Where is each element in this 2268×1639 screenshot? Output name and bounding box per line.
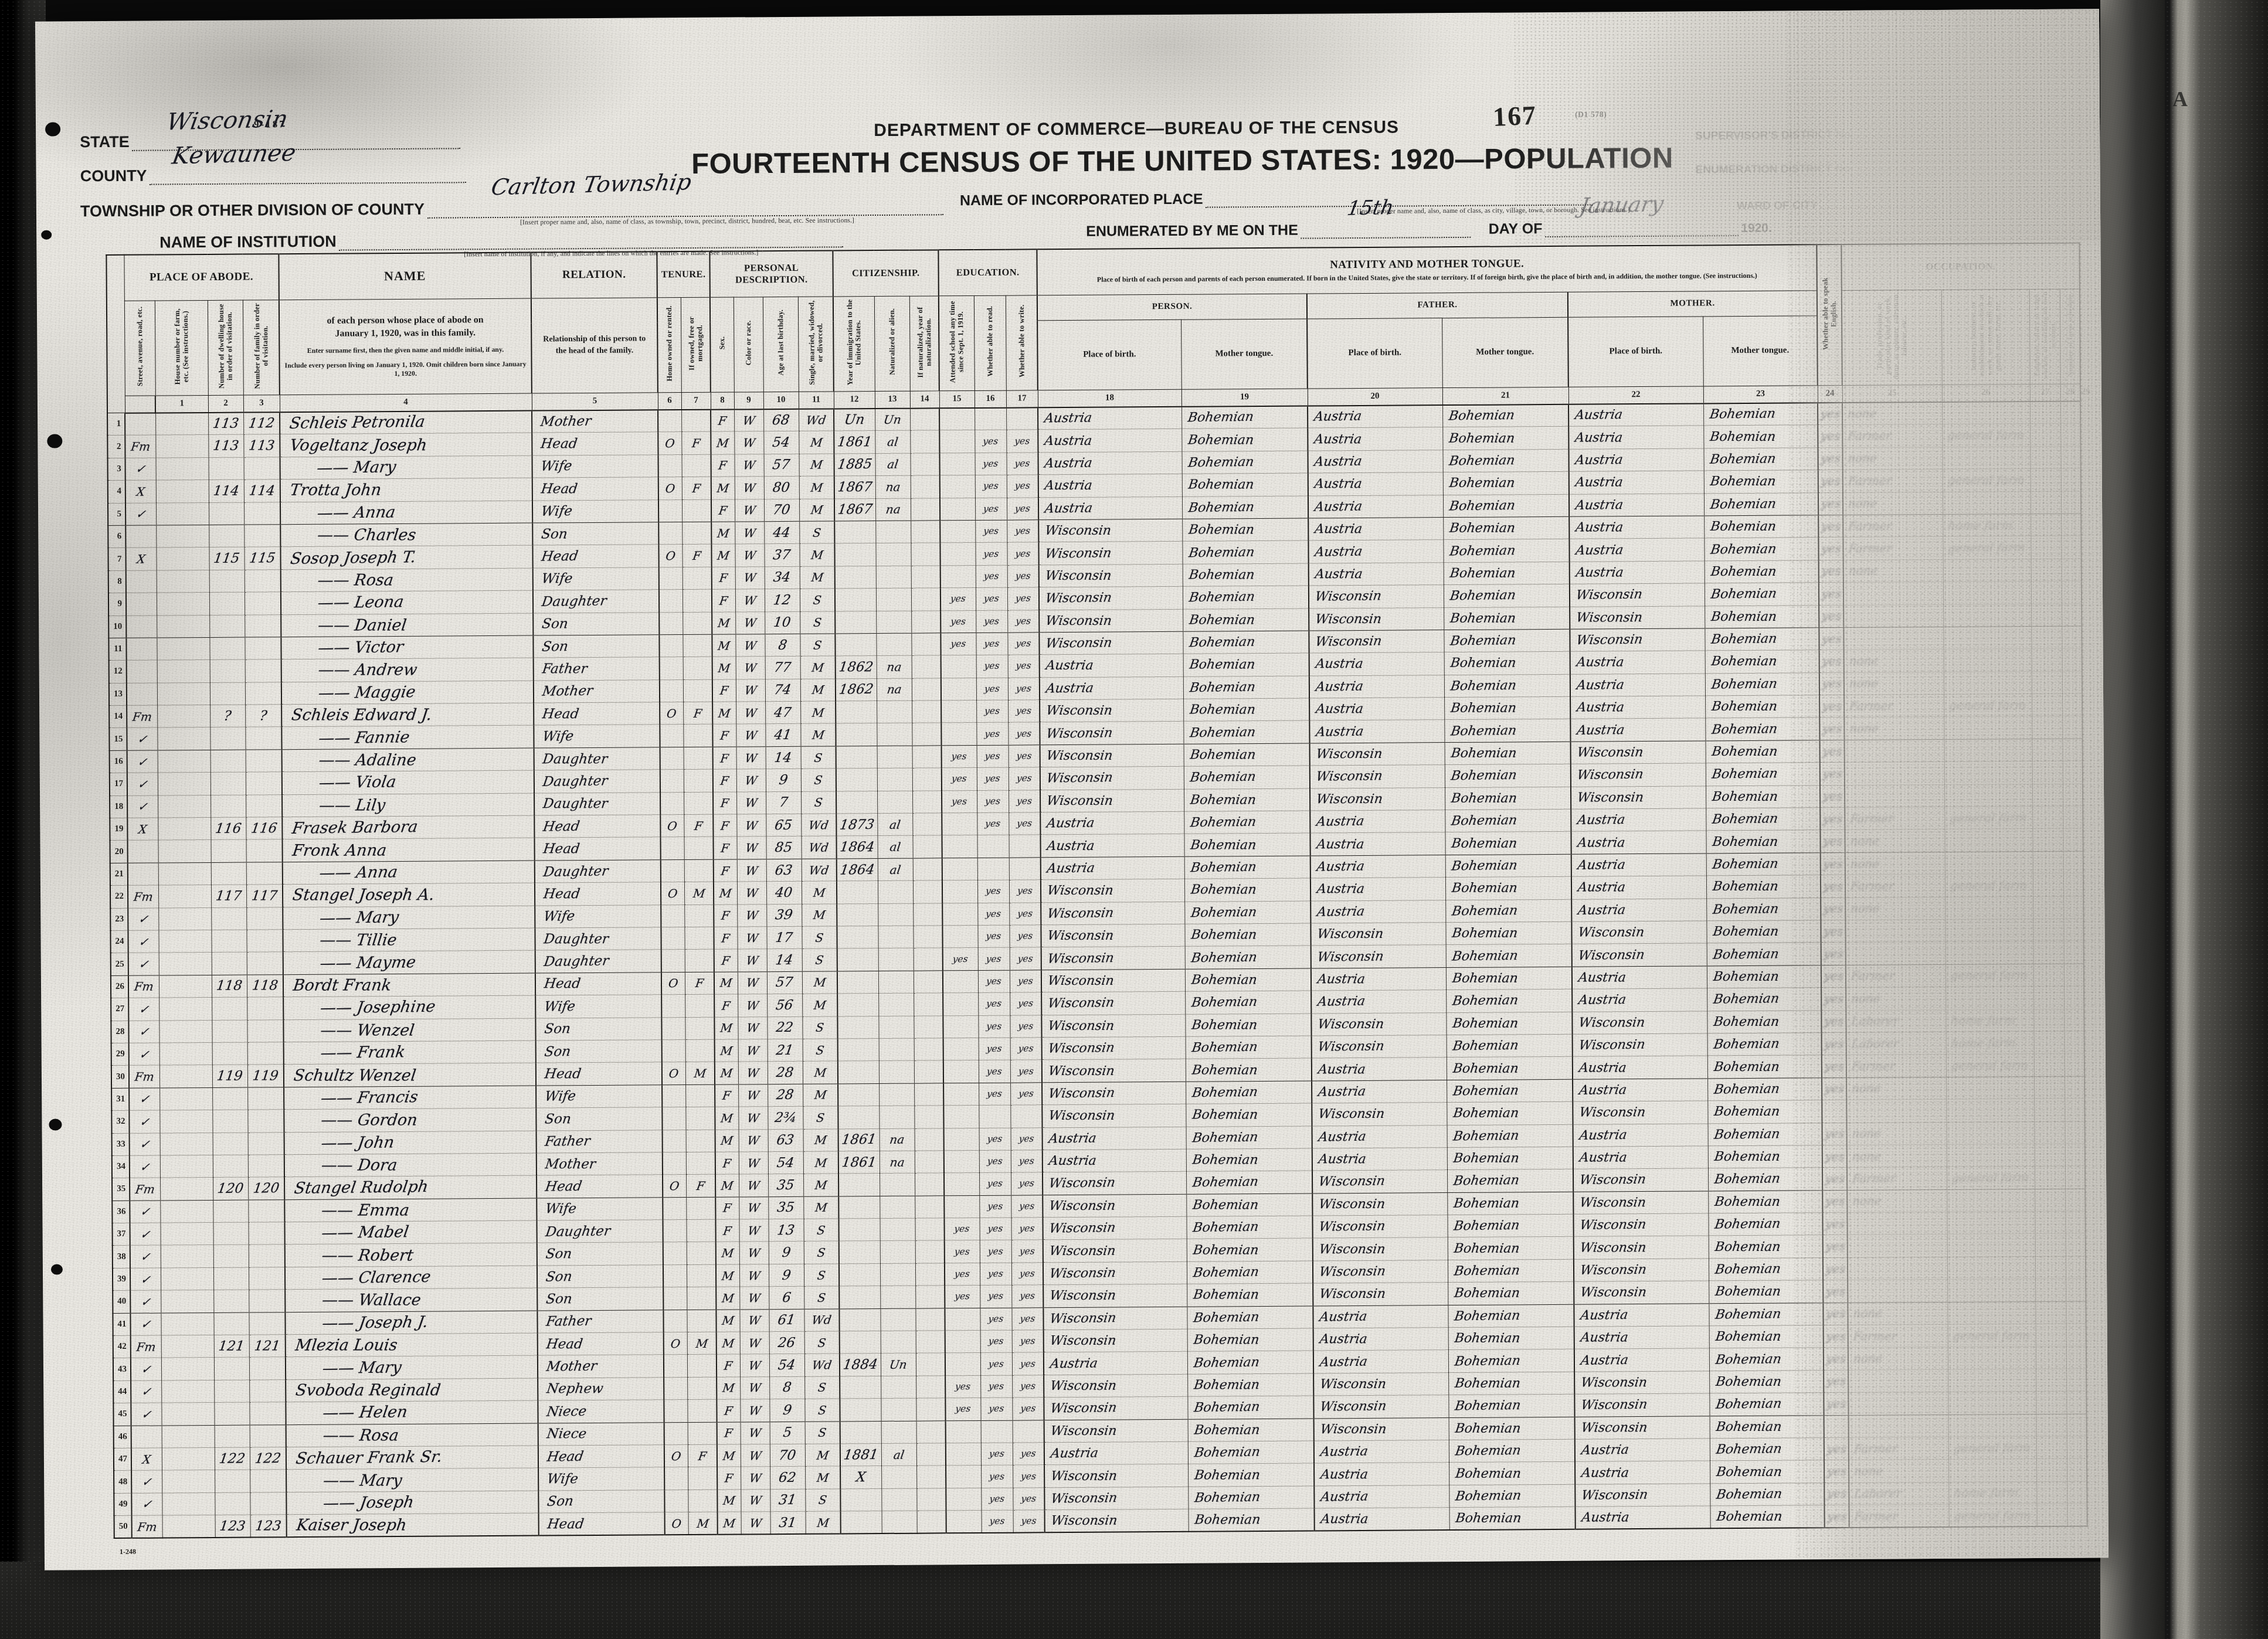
cell-pb: Wisconsin bbox=[1044, 1487, 1188, 1510]
cell-na bbox=[879, 1060, 914, 1083]
cell-mr: M bbox=[805, 1466, 840, 1489]
cell-mm: Bohemian bbox=[1707, 1033, 1822, 1056]
cell-mt: Bohemian bbox=[1183, 540, 1309, 564]
cell-cr: W bbox=[741, 1422, 770, 1444]
cell-mp: Wisconsin bbox=[1570, 583, 1705, 607]
cell-ny bbox=[914, 948, 943, 971]
cell-nm: Fronk Anna bbox=[283, 838, 535, 862]
cell-sc bbox=[941, 565, 976, 588]
cell-wr: yes bbox=[1011, 1285, 1043, 1308]
cell-ny bbox=[911, 453, 940, 476]
cell-fp: Wisconsin bbox=[1313, 1237, 1448, 1261]
cell-sc bbox=[943, 993, 978, 1016]
cell-h bbox=[159, 1020, 212, 1043]
cell-m bbox=[688, 1467, 717, 1490]
cell-d bbox=[213, 1290, 249, 1312]
cell-em bbox=[2032, 693, 2062, 716]
cell-mr: M bbox=[803, 1174, 838, 1196]
cell-m bbox=[683, 567, 712, 590]
cell-f bbox=[249, 1380, 286, 1403]
cell-in: general farm bbox=[1944, 807, 2032, 829]
cell-cr: W bbox=[738, 971, 767, 994]
cell-nm: —— Dora bbox=[284, 1153, 537, 1177]
cell-rd: yes bbox=[980, 1218, 1011, 1240]
cell-en: yes bbox=[1818, 470, 1843, 493]
cell-nm: —— Mary bbox=[283, 906, 535, 930]
cell-rl: Son bbox=[536, 1040, 662, 1063]
cell-mp: Wisconsin bbox=[1574, 1236, 1709, 1259]
cell-pb: Wisconsin bbox=[1039, 609, 1183, 633]
cell-mr: Wd bbox=[799, 409, 834, 431]
column-number: 17 bbox=[1006, 390, 1038, 407]
cell-wr: yes bbox=[1013, 1510, 1045, 1533]
cell-h bbox=[159, 1087, 212, 1110]
cell-h bbox=[158, 773, 210, 795]
cell-mt: Bohemian bbox=[1182, 473, 1308, 497]
cell-fp: Wisconsin bbox=[1310, 742, 1445, 766]
cell-sx: F bbox=[716, 1219, 739, 1242]
cell-na bbox=[881, 1376, 916, 1399]
cell-o bbox=[659, 567, 683, 590]
cell-in bbox=[1944, 671, 2032, 694]
cell-em bbox=[2037, 1504, 2067, 1526]
cell-sx: M bbox=[715, 1129, 739, 1152]
cell-ny bbox=[912, 678, 941, 701]
cell-im bbox=[837, 948, 878, 971]
cell-wr: yes bbox=[1008, 678, 1040, 701]
cell-mt: Bohemian bbox=[1183, 720, 1309, 744]
row-number: 27 bbox=[111, 998, 128, 1021]
cell-sx: M bbox=[712, 702, 736, 725]
cell-in bbox=[1948, 1301, 2036, 1324]
cell-mr: S bbox=[801, 791, 836, 814]
column-number: 24 bbox=[1818, 385, 1842, 403]
column-able-to-read: Whether able to read. bbox=[974, 295, 1006, 390]
cell-rl: Daughter bbox=[534, 747, 660, 771]
cell-mm: Bohemian bbox=[1708, 1190, 1822, 1213]
cell-sx: M bbox=[717, 1332, 740, 1355]
cell-na bbox=[876, 611, 911, 634]
cell-in bbox=[1948, 1369, 2036, 1392]
cell-wr: yes bbox=[1007, 542, 1039, 565]
cell-fm: Bohemian bbox=[1446, 989, 1572, 1012]
cell-mt: Bohemian bbox=[1186, 1058, 1312, 1082]
cell-rl: Wife bbox=[536, 1084, 662, 1108]
cell-in: general farm bbox=[1943, 536, 2031, 559]
cell-rl: Head bbox=[538, 1445, 664, 1468]
cell-en: yes bbox=[1821, 830, 1845, 853]
cell-cr: W bbox=[736, 791, 766, 814]
enumerated-month: January bbox=[1578, 192, 1665, 219]
cell-fm: Bohemian bbox=[1445, 742, 1571, 765]
cell-cr: W bbox=[735, 589, 765, 612]
cell-nm: —— Mary bbox=[286, 1468, 538, 1492]
cell-f bbox=[248, 1132, 284, 1155]
cell-m bbox=[684, 747, 713, 770]
cell-mr: M bbox=[803, 1128, 838, 1151]
cell-fa bbox=[2065, 1099, 2084, 1121]
row-number: 25 bbox=[111, 953, 128, 976]
cell-fm: Bohemian bbox=[1448, 1372, 1574, 1395]
cell-o bbox=[662, 1039, 685, 1062]
column-number: 27 bbox=[2030, 384, 2060, 402]
cell-ny bbox=[911, 566, 941, 589]
group-citizenship: CITIZENSHIP. bbox=[833, 250, 938, 296]
cell-ny bbox=[912, 746, 942, 769]
cell-ag: 21 bbox=[768, 1039, 803, 1062]
cell-mp: Austria bbox=[1570, 718, 1705, 742]
cell-sx: F bbox=[713, 814, 736, 837]
cell-pb: Wisconsin bbox=[1038, 519, 1182, 542]
cell-im bbox=[840, 1488, 881, 1511]
cell-rl: Mother bbox=[538, 1355, 664, 1378]
cell-fa bbox=[2066, 1256, 2086, 1279]
cell-in bbox=[1944, 716, 2032, 739]
column-number: 6 bbox=[658, 392, 681, 410]
cell-em bbox=[2034, 1099, 2065, 1121]
cell-fa bbox=[2066, 1278, 2086, 1301]
row-number: 10 bbox=[108, 616, 126, 638]
cell-wr: yes bbox=[1010, 1083, 1042, 1106]
column-number: 25 bbox=[1842, 385, 1942, 403]
cell-d bbox=[213, 1245, 249, 1268]
cell-em bbox=[2033, 986, 2064, 1009]
cell-im bbox=[837, 903, 878, 926]
cell-wr: yes bbox=[1010, 1038, 1042, 1060]
cell-sx: F bbox=[713, 792, 736, 815]
cell-em bbox=[2032, 716, 2062, 739]
cell-sc bbox=[943, 1083, 979, 1106]
cell-mr: M bbox=[800, 723, 836, 746]
cell-h bbox=[158, 750, 210, 773]
cell-mt: Bohemian bbox=[1185, 1014, 1311, 1037]
cell-o bbox=[661, 995, 685, 1018]
cell-en: yes bbox=[1824, 1482, 1849, 1505]
cell-ag: 22 bbox=[767, 1016, 802, 1039]
cell-em bbox=[2035, 1256, 2066, 1279]
cell-fp: Wisconsin bbox=[1312, 1035, 1447, 1059]
cell-mr: S bbox=[802, 1016, 837, 1039]
cell-sx: M bbox=[716, 1242, 739, 1264]
cell-rl: Son bbox=[532, 522, 658, 546]
cell-ag: 17 bbox=[766, 926, 802, 949]
cell-sc bbox=[943, 1106, 979, 1128]
cell-fa bbox=[2066, 1301, 2086, 1324]
cell-mr: S bbox=[805, 1422, 840, 1444]
mother-pob-header: Place of birth. bbox=[1568, 316, 1703, 386]
cell-ag: 9 bbox=[769, 1264, 804, 1287]
cell-rl: Son bbox=[533, 635, 659, 658]
cell-s: ✓ bbox=[130, 1201, 160, 1223]
cell-ag: 61 bbox=[769, 1309, 804, 1332]
cell-sc bbox=[941, 543, 976, 566]
cell-mp: Austria bbox=[1569, 538, 1704, 562]
cell-sc bbox=[945, 1308, 980, 1331]
cell-mt: Bohemian bbox=[1184, 811, 1310, 834]
cell-fm: Bohemian bbox=[1443, 516, 1569, 540]
cell-ag: 57 bbox=[767, 971, 802, 994]
cell-ny bbox=[915, 1196, 944, 1219]
cell-d bbox=[215, 1425, 250, 1448]
cell-rd: yes bbox=[976, 610, 1007, 633]
cell-fm: Bohemian bbox=[1444, 562, 1570, 585]
cell-s: Fm bbox=[130, 1178, 160, 1201]
cell-mt: Bohemian bbox=[1183, 608, 1309, 632]
cell-sx: M bbox=[711, 544, 735, 567]
cell-h bbox=[161, 1335, 214, 1358]
row-number: 45 bbox=[113, 1403, 131, 1426]
cell-ny bbox=[915, 1308, 945, 1331]
cell-oc: Laborer bbox=[1849, 1482, 1948, 1505]
cell-nm: Sosop Joseph T. bbox=[280, 545, 532, 569]
cell-ny bbox=[916, 1443, 946, 1466]
cell-ny bbox=[911, 498, 940, 521]
cell-fm: Bohemian bbox=[1447, 1079, 1573, 1103]
cell-sc: yes bbox=[945, 1375, 980, 1398]
cell-s bbox=[126, 638, 157, 661]
cell-oc: none bbox=[1843, 492, 1943, 515]
cell-oc: Farmer bbox=[1848, 1324, 1948, 1347]
cell-sc bbox=[941, 678, 976, 701]
column-industry: Industry, business, or establishment in … bbox=[1941, 289, 2030, 385]
row-number: 12 bbox=[109, 661, 127, 684]
cell-m bbox=[685, 1017, 714, 1040]
cell-f: 118 bbox=[247, 974, 283, 997]
incorporated-label: NAME OF INCORPORATED PLACE bbox=[960, 191, 1203, 209]
cell-pb: Wisconsin bbox=[1041, 969, 1185, 992]
cell-oc: Farmer bbox=[1846, 964, 1946, 987]
cell-rl: Head bbox=[535, 972, 661, 996]
cell-mr: S bbox=[804, 1264, 839, 1287]
cell-h bbox=[159, 1042, 212, 1065]
cell-mt: Bohemian bbox=[1187, 1283, 1313, 1307]
cell-mm: Bohemian bbox=[1709, 1370, 1824, 1393]
cell-en: yes bbox=[1824, 1393, 1848, 1416]
cell-nm: —— Viola bbox=[282, 770, 534, 794]
cell-s bbox=[126, 616, 157, 638]
row-number: 26 bbox=[111, 975, 128, 998]
cell-sx: F bbox=[712, 679, 736, 702]
cell-s: ✓ bbox=[130, 1290, 161, 1313]
cell-cr: W bbox=[739, 1129, 768, 1152]
cell-pb: Wisconsin bbox=[1042, 1104, 1186, 1127]
cell-s: ✓ bbox=[130, 1133, 160, 1156]
cell-pb: Wisconsin bbox=[1041, 947, 1185, 970]
cell-rl: Wife bbox=[535, 904, 661, 928]
cell-na bbox=[881, 1398, 916, 1421]
cell-nm: —— Mabel bbox=[285, 1220, 537, 1244]
cell-oc: none bbox=[1847, 1144, 1947, 1167]
cell-na: Un bbox=[875, 408, 910, 431]
cell-fp: Austria bbox=[1314, 1463, 1449, 1486]
cell-cr: W bbox=[736, 657, 765, 679]
cell-sx: F bbox=[717, 1467, 741, 1490]
cell-im bbox=[838, 1038, 879, 1061]
cell-rd: yes bbox=[976, 587, 1007, 610]
cell-rd bbox=[975, 407, 1006, 430]
cell-ny bbox=[916, 1488, 946, 1511]
cell-rd bbox=[977, 835, 1009, 858]
cell-mr: S bbox=[801, 746, 836, 769]
cell-in bbox=[1948, 1392, 2036, 1414]
cell-wr bbox=[1010, 1105, 1042, 1128]
cell-f bbox=[247, 1042, 284, 1065]
cell-s: ✓ bbox=[130, 1268, 161, 1291]
cell-na: al bbox=[878, 836, 913, 859]
cell-im bbox=[836, 791, 877, 814]
cell-sx: F bbox=[714, 836, 737, 859]
cell-sx: M bbox=[714, 1017, 738, 1040]
column-number: 4 bbox=[280, 393, 532, 412]
cell-mr: S bbox=[800, 589, 835, 611]
cell-m bbox=[685, 1107, 715, 1130]
cell-d bbox=[213, 1267, 249, 1290]
cell-rd: yes bbox=[976, 723, 1008, 746]
cell-wr: yes bbox=[1007, 497, 1038, 520]
cell-f bbox=[246, 750, 282, 773]
cell-ny bbox=[915, 1128, 944, 1151]
cell-in bbox=[1943, 446, 2031, 469]
cell-oc bbox=[1848, 1280, 1947, 1303]
cell-h bbox=[159, 998, 212, 1021]
cell-rl: Son bbox=[535, 1017, 661, 1040]
name-description: of each person whose place of abode onJa… bbox=[279, 298, 532, 395]
cell-f bbox=[244, 502, 280, 525]
cell-pb: Austria bbox=[1040, 676, 1183, 700]
cell-in bbox=[1944, 784, 2032, 807]
cell-pb: Austria bbox=[1043, 1127, 1186, 1150]
cell-wr: yes bbox=[1008, 700, 1040, 723]
cell-rd: yes bbox=[979, 1060, 1010, 1083]
cell-mt: Bohemian bbox=[1188, 1441, 1314, 1464]
cell-m: F bbox=[681, 432, 711, 455]
cell-sx: M bbox=[715, 1174, 739, 1197]
cell-em bbox=[2032, 761, 2063, 784]
cell-em bbox=[2033, 896, 2063, 919]
cell-nm: Mlezia Louis bbox=[286, 1333, 538, 1357]
cell-em bbox=[2036, 1301, 2066, 1324]
cell-o: O bbox=[661, 882, 684, 905]
cell-wr: yes bbox=[1009, 790, 1040, 812]
cell-pb: Wisconsin bbox=[1043, 1172, 1186, 1195]
cell-ny bbox=[913, 835, 942, 858]
cell-wr: yes bbox=[1010, 947, 1041, 970]
cell-mm: Bohemian bbox=[1706, 875, 1821, 899]
cell-im: 1864 bbox=[837, 858, 878, 881]
cell-cr: W bbox=[737, 836, 766, 859]
cell-pb: Wisconsin bbox=[1041, 879, 1184, 903]
cell-s: X bbox=[131, 1448, 162, 1471]
cell-ny bbox=[915, 1240, 945, 1263]
cell-ny bbox=[915, 1263, 945, 1286]
cell-o bbox=[658, 499, 682, 522]
cell-h bbox=[162, 1515, 215, 1538]
cell-mt: Bohemian bbox=[1184, 923, 1310, 947]
cell-mt: Bohemian bbox=[1186, 1103, 1312, 1127]
group-place-of-abode: PLACE OF ABODE. bbox=[124, 254, 279, 301]
cell-wr: yes bbox=[1007, 520, 1038, 543]
column-home-owned: Home owned or rented. bbox=[657, 297, 681, 392]
cell-mt: Bohemian bbox=[1187, 1396, 1313, 1419]
punch-mark bbox=[51, 1264, 63, 1275]
cell-ag: 80 bbox=[764, 477, 799, 499]
cell-oc: none bbox=[1848, 1302, 1948, 1325]
cell-cr: W bbox=[741, 1489, 770, 1512]
cell-nm: Frasek Barbora bbox=[282, 815, 534, 839]
cell-nm: —— Adaline bbox=[282, 748, 534, 772]
cell-sc bbox=[946, 1511, 982, 1533]
cell-pb: Wisconsin bbox=[1043, 1194, 1186, 1218]
cell-rl: Head bbox=[537, 1175, 663, 1198]
cell-ny bbox=[913, 903, 942, 926]
cell-mp: Wisconsin bbox=[1572, 1011, 1707, 1034]
row-number: 50 bbox=[114, 1515, 132, 1538]
cell-m bbox=[687, 1264, 716, 1287]
cell-m bbox=[685, 950, 714, 972]
cell-fa bbox=[2063, 806, 2083, 829]
cell-h bbox=[161, 1245, 213, 1268]
cell-sx: M bbox=[716, 1287, 739, 1310]
cell-h bbox=[155, 412, 208, 435]
cell-na bbox=[879, 1038, 914, 1061]
cell-wr bbox=[1006, 407, 1038, 430]
cell-f bbox=[250, 1492, 286, 1515]
cell-f bbox=[247, 1110, 284, 1133]
cell-f bbox=[249, 1290, 285, 1312]
cell-sc: yes bbox=[943, 948, 978, 971]
cell-oc: Farmer bbox=[1845, 875, 1945, 897]
cell-rd: yes bbox=[978, 948, 1010, 971]
cell-sx: M bbox=[715, 1039, 738, 1062]
cell-fm: Bohemian bbox=[1448, 1282, 1574, 1305]
cell-ag: 28 bbox=[768, 1084, 803, 1107]
cell-oc bbox=[1846, 919, 1946, 942]
cell-na: na bbox=[880, 1128, 915, 1151]
cell-sx: F bbox=[712, 567, 735, 590]
cell-sc: yes bbox=[945, 1286, 980, 1308]
cell-s: ✓ bbox=[128, 1021, 159, 1043]
cell-rd: yes bbox=[977, 925, 1009, 948]
cell-in bbox=[1945, 896, 2033, 919]
cell-rd: yes bbox=[976, 700, 1008, 723]
column-number: 5 bbox=[532, 392, 658, 410]
cell-pb: Austria bbox=[1038, 497, 1182, 520]
cell-in bbox=[1946, 1076, 2034, 1099]
cell-sx: F bbox=[713, 769, 736, 792]
cell-en: yes bbox=[1824, 1460, 1849, 1483]
cell-nm: —— Leona bbox=[281, 590, 533, 614]
cell-oc bbox=[1846, 942, 1946, 965]
cell-o bbox=[658, 410, 681, 433]
cell-mm: Bohemian bbox=[1703, 403, 1818, 426]
cell-fa bbox=[2061, 446, 2081, 469]
census-table: PLACE OF ABODE. NAME RELATION. TENURE. P… bbox=[106, 242, 2087, 1539]
cell-fp: Austria bbox=[1313, 1305, 1448, 1328]
cell-h bbox=[158, 795, 210, 818]
cell-pb: Wisconsin bbox=[1043, 1307, 1187, 1330]
cell-cr: W bbox=[740, 1354, 769, 1377]
cell-em bbox=[2036, 1391, 2066, 1414]
cell-in bbox=[1947, 1144, 2035, 1167]
cell-wr: yes bbox=[1009, 812, 1040, 835]
cell-oc bbox=[1848, 1392, 1948, 1415]
cell-ag: 63 bbox=[766, 859, 802, 882]
cell-ny bbox=[917, 1511, 946, 1533]
cell-ny bbox=[914, 1015, 943, 1038]
cell-s: ✓ bbox=[127, 750, 158, 773]
cell-o bbox=[663, 1152, 686, 1175]
cell-mm: Bohemian bbox=[1710, 1460, 1824, 1484]
